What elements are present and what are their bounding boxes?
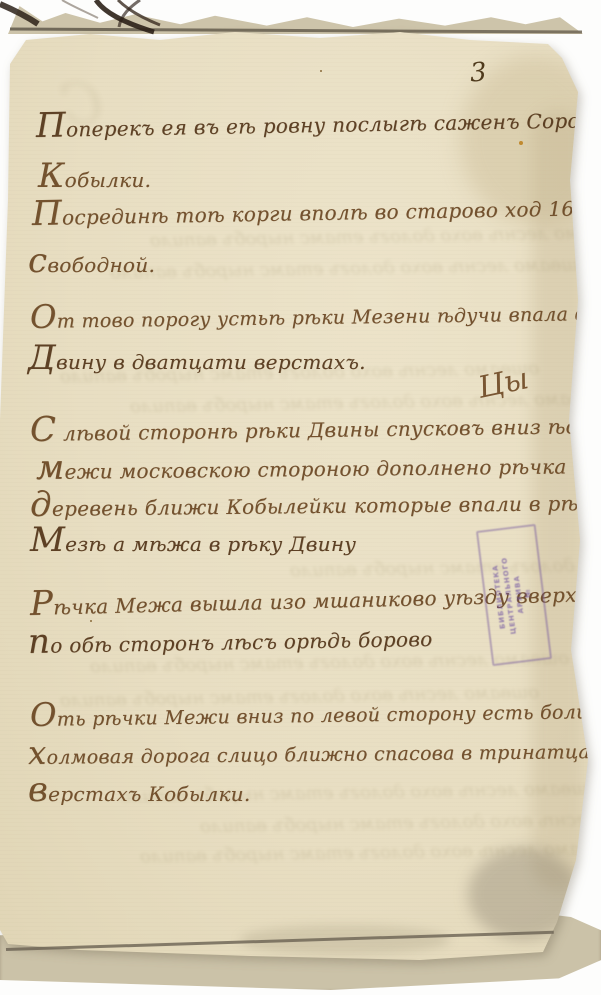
folio-number: 3 <box>469 57 488 88</box>
paper-speck <box>519 141 523 145</box>
manuscript-line: Двину в дватцати верстахъ. <box>28 340 366 377</box>
manuscript-page: С ошвамо леснѣ вохо дологъ етамс ныробъ … <box>0 0 601 995</box>
manuscript-line: С лѣвой сторонѣ рѣки Двины спусковъ вниз… <box>30 404 601 450</box>
binding-threads <box>0 0 190 60</box>
manuscript-line: по обѣ сторонъ лѣсъ орѣдь борово <box>28 617 433 661</box>
manuscript-line: деревень ближи Кобылейки которые впали в… <box>30 481 601 524</box>
page-wrapper: С ошвамо леснѣ вохо дологъ етамс ныробъ … <box>0 0 601 995</box>
manuscript-line: верстахъ Кобылки. <box>28 772 251 809</box>
manuscript-line: Кобылки. <box>38 158 151 195</box>
manuscript-line: свободной. <box>28 243 155 280</box>
manuscript-scan: С ошвамо леснѣ вохо дологъ етамс ныробъ … <box>0 0 601 995</box>
paper-speck <box>320 70 322 72</box>
manuscript-line: межи московскою стороною дополнено рѣчка <box>36 444 567 487</box>
manuscript-line: Мезѣ а мѣжа в рѣку Двину <box>30 522 356 559</box>
stamp-line: № <box>524 588 534 598</box>
manuscript-line: холмовая дорога слицо ближно спасова в т… <box>28 730 601 772</box>
